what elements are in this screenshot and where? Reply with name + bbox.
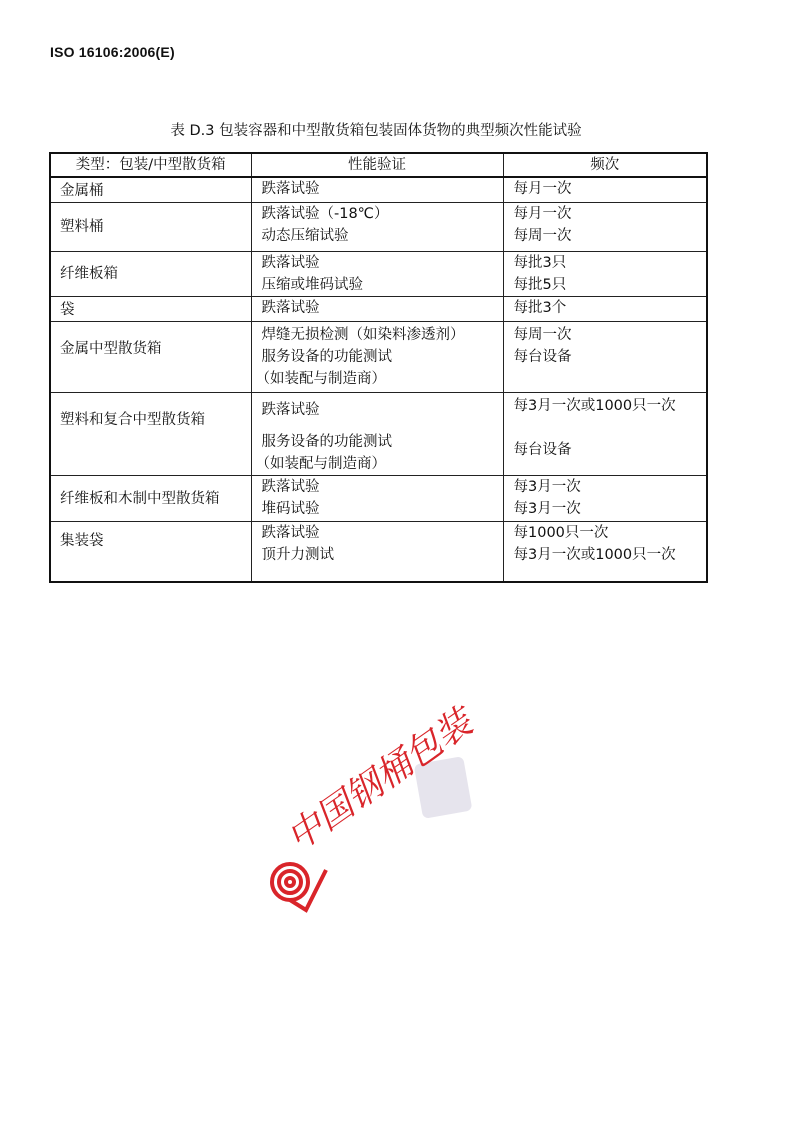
test-line: 跌落试验: [262, 297, 503, 319]
frequency-line: 每1000只一次: [514, 522, 707, 544]
frequency-line: 每3月一次或1000只一次: [514, 544, 707, 566]
cell-type: 金属桶: [50, 177, 251, 203]
test-line: 跌落试验: [262, 399, 503, 421]
cell-frequency: 每1000只一次 每3月一次或1000只一次: [503, 522, 707, 582]
table-row: 纤维板和木制中型散货箱 跌落试验 堆码试验 每3月一次 每3月一次: [50, 476, 707, 522]
cell-type: 金属中型散货箱: [50, 322, 251, 393]
frequency-line: 每月一次: [514, 203, 707, 225]
test-line: 动态压缩试验: [262, 225, 503, 247]
table-caption-text: 表 D.3 包装容器和中型散货箱包装固体货物的典型频次性能试验: [170, 123, 581, 139]
table-header-row: 类型：包装/中型散货箱 性能验证 频次: [50, 153, 707, 177]
frequency-line: 每周一次: [514, 324, 707, 346]
column-header-type: 类型：包装/中型散货箱: [50, 153, 251, 177]
table-row: 金属中型散货箱 焊缝无损检测（如染料渗透剂） 服务设备的功能测试 （如装配与制造…: [50, 322, 707, 393]
test-line: 跌落试验: [262, 252, 503, 274]
table-row: 塑料和复合中型散货箱 跌落试验 服务设备的功能测试 （如装配与制造商） 每3月一…: [50, 393, 707, 476]
frequency-line: 每批5只: [514, 274, 707, 296]
cell-tests: 跌落试验 顶升力测试: [251, 522, 503, 582]
performance-test-table: 类型：包装/中型散货箱 性能验证 频次 金属桶 跌落试验 每月一次 塑料桶 跌落…: [49, 152, 708, 583]
cell-type: 纤维板和木制中型散货箱: [50, 476, 251, 522]
test-line: （如装配与制造商）: [256, 368, 503, 390]
watermark-logo: 中国钢桶包装: [268, 750, 488, 920]
frequency-line: 每周一次: [514, 225, 707, 247]
table-row: 塑料桶 跌落试验（-18℃） 动态压缩试验 每月一次 每周一次: [50, 203, 707, 252]
test-line: 堆码试验: [262, 498, 503, 520]
test-line: 顶升力测试: [262, 544, 503, 566]
cell-type: 纤维板箱: [50, 252, 251, 297]
cell-frequency: 每3月一次或1000只一次 每台设备: [503, 393, 707, 476]
table-caption: 表 D.3 包装容器和中型散货箱包装固体货物的典型频次性能试验: [0, 119, 800, 140]
cell-frequency: 每批3个: [503, 297, 707, 322]
table-row: 集装袋 跌落试验 顶升力测试 每1000只一次 每3月一次或1000只一次: [50, 522, 707, 582]
cell-frequency: 每3月一次 每3月一次: [503, 476, 707, 522]
cell-frequency: 每月一次 每周一次: [503, 203, 707, 252]
column-header-test: 性能验证: [251, 153, 503, 177]
frequency-line: 每批3个: [514, 297, 707, 319]
frequency-line: 每台设备: [514, 439, 707, 461]
cell-type: 塑料桶: [50, 203, 251, 252]
spacer: [514, 417, 707, 439]
cell-tests: 跌落试验 压缩或堆码试验: [251, 252, 503, 297]
cell-tests: 跌落试验 服务设备的功能测试 （如装配与制造商）: [251, 393, 503, 476]
frequency-line: 每批3只: [514, 252, 707, 274]
column-header-frequency: 频次: [503, 153, 707, 177]
test-line: 服务设备的功能测试: [262, 431, 503, 453]
test-line: 服务设备的功能测试: [262, 346, 503, 368]
table-row: 金属桶 跌落试验 每月一次: [50, 177, 707, 203]
cell-tests: 跌落试验（-18℃） 动态压缩试验: [251, 203, 503, 252]
cell-tests: 跌落试验: [251, 297, 503, 322]
test-line: 跌落试验: [262, 476, 503, 498]
test-line: 压缩或堆码试验: [262, 274, 503, 296]
cell-type: 集装袋: [50, 522, 251, 582]
spacer: [262, 421, 503, 431]
cell-type: 塑料和复合中型散货箱: [50, 393, 251, 476]
frequency-line: 每3月一次: [514, 498, 707, 520]
frequency-line: 每台设备: [514, 346, 707, 368]
document-id: ISO 16106:2006(E): [50, 44, 175, 60]
table-row: 纤维板箱 跌落试验 压缩或堆码试验 每批3只 每批5只: [50, 252, 707, 297]
cell-frequency: 每周一次 每台设备: [503, 322, 707, 393]
cell-type: 袋: [50, 297, 251, 322]
test-line: 跌落试验（-18℃）: [262, 203, 503, 225]
frequency-line: 每月一次: [514, 178, 707, 200]
test-line: 焊缝无损检测（如染料渗透剂）: [262, 324, 503, 346]
test-line: 跌落试验: [262, 522, 503, 544]
frequency-line: 每3月一次或1000只一次: [514, 395, 707, 417]
cell-tests: 焊缝无损检测（如染料渗透剂） 服务设备的功能测试 （如装配与制造商）: [251, 322, 503, 393]
frequency-line: 每3月一次: [514, 476, 707, 498]
cell-frequency: 每批3只 每批5只: [503, 252, 707, 297]
cell-tests: 跌落试验: [251, 177, 503, 203]
test-line: （如装配与制造商）: [256, 453, 503, 475]
test-line: 跌落试验: [262, 178, 503, 200]
table-row: 袋 跌落试验 每批3个: [50, 297, 707, 322]
cell-frequency: 每月一次: [503, 177, 707, 203]
cell-tests: 跌落试验 堆码试验: [251, 476, 503, 522]
